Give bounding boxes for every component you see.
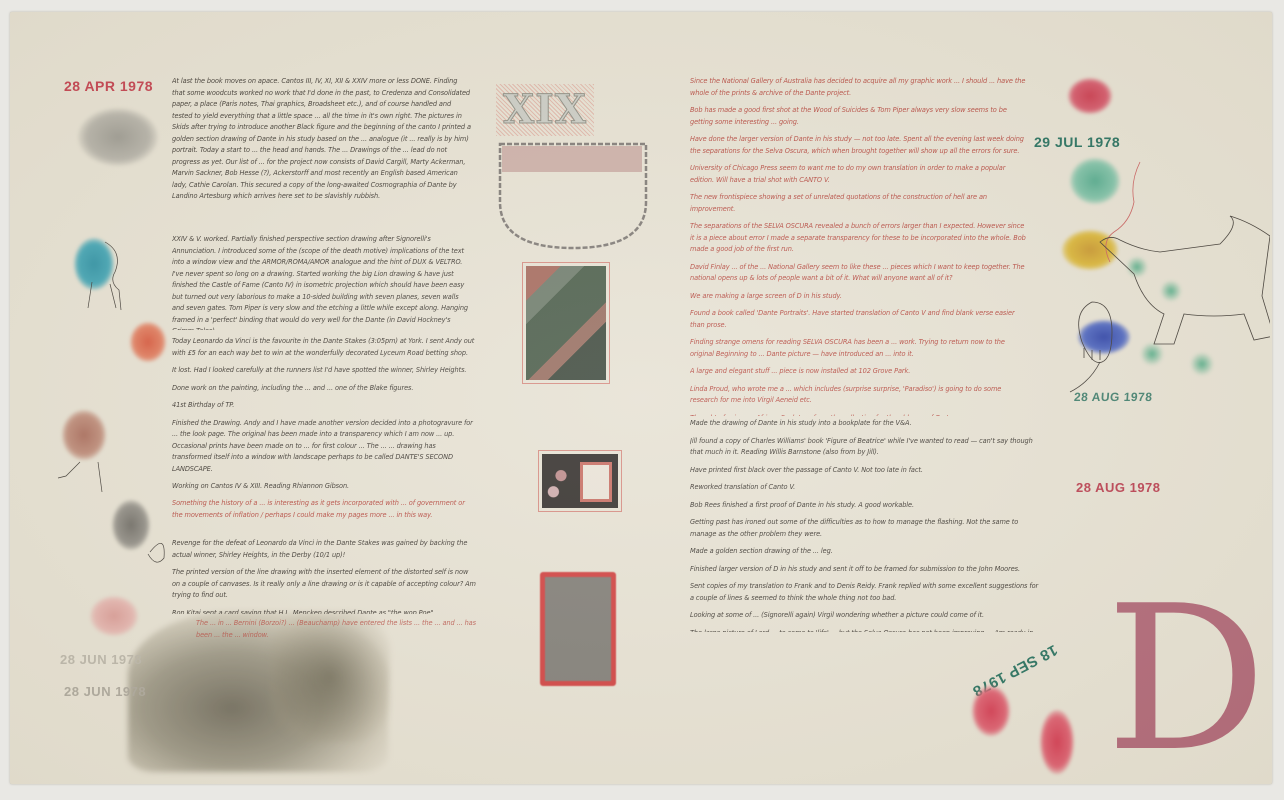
entry-text: Something the history of a ... is intere… (172, 498, 472, 521)
entry-text: Finished the Drawing. Andy and I have ma… (172, 418, 477, 476)
entry-text: Finished larger version of D in his stud… (690, 564, 1040, 576)
journal-entries-right-black: Made the drawing of Dante in his study i… (690, 418, 1040, 632)
drawing-print-2 (538, 450, 622, 512)
date-stamp-jun-2: 28 JUN 1978 (64, 684, 146, 699)
entry-text: XXIV & V. worked. Partially finished per… (172, 234, 472, 330)
arch-shape-print-icon (498, 142, 648, 252)
date-stamp-aug-green: 28 AUG 1978 (1074, 390, 1153, 404)
date-stamp-apr: 28 APR 1978 (64, 78, 153, 94)
entry-text: The large picture of Lord ... to come to… (690, 628, 1040, 633)
entry-text: Finding strange omens for reading SELVA … (690, 337, 1030, 360)
journal-entry-red-footer: The ... in ... Bernini (Borzoi?) ... (Be… (196, 618, 476, 698)
fingerprint-red-top-right (1068, 78, 1112, 114)
roman-numeral-print: XIX (496, 84, 594, 136)
entry-text: The new frontispiece showing a set of un… (690, 192, 1030, 215)
creature-line-drawing-icon (1040, 152, 1270, 402)
entry-text: Sent copies of my translation to Frank a… (690, 581, 1040, 604)
drawing-print-1 (522, 262, 610, 384)
entry-text: 41st Birthday of TP. (172, 400, 477, 412)
entry-text: Bob Rees finished a first proof of Dante… (690, 500, 1040, 512)
entry-text: The printed version of the line drawing … (172, 567, 477, 602)
paper-sheet: 28 APR 1978 28 JUN 1978 28 JUN 1978 At l… (10, 12, 1272, 784)
entry-text: Have printed first black over the passag… (690, 465, 1040, 477)
entry-text: Made the drawing of Dante in his study i… (690, 418, 1040, 430)
date-stamp-jul: 29 JUL 1978 (1034, 134, 1120, 150)
entry-text: The separations of the SELVA OSCURA reve… (690, 221, 1030, 256)
entry-text: Made a golden section drawing of the ...… (690, 546, 1040, 558)
fingerprint-figure-pink (90, 596, 138, 636)
journal-entries-right-red: Since the National Gallery of Australia … (690, 76, 1030, 416)
figure-sketch-lines-icon (50, 222, 190, 582)
journal-entries-left-2: XXIV & V. worked. Partially finished per… (172, 234, 472, 330)
entry-text: Thought of using an African Sculpture fr… (690, 413, 1030, 417)
entry-text: Reworked translation of Canto V. (690, 482, 1040, 494)
entry-text: Jill found a copy of Charles Williams' b… (690, 436, 1040, 459)
entry-text: A large and elegant stuff ... piece is n… (690, 366, 1030, 378)
big-letter-d: D (1106, 580, 1266, 780)
entry-text: Getting past has ironed out some of the … (690, 517, 1040, 540)
entry-text: At last the book moves on apace. Cantos … (172, 76, 472, 203)
entry-text: Have done the larger version of Dante in… (690, 134, 1030, 157)
entry-text: It lost. Had I looked carefully at the r… (172, 365, 477, 377)
entry-text: Bob has made a good first shot at the Wo… (690, 105, 1030, 128)
entry-text: Looking at some of ... (Signorelli again… (690, 610, 1040, 622)
entry-text: Since the National Gallery of Australia … (690, 76, 1030, 99)
entry-text: The ... in ... Bernini (Borzoi?) ... (Be… (196, 618, 476, 641)
entry-text: Revenge for the defeat of Leonardo da Vi… (172, 538, 477, 561)
journal-entries-left-3: Today Leonardo da Vinci is the favourite… (172, 336, 477, 494)
entry-text: Today Leonardo da Vinci is the favourite… (172, 336, 477, 359)
fingerprint-red-bottom-2 (1040, 710, 1074, 774)
entry-text: We are making a large screen of D in his… (690, 291, 1030, 303)
entry-text: Working on Cantos IV & XIII. Reading Rhi… (172, 481, 477, 493)
entry-text: University of Chicago Press seem to want… (690, 163, 1030, 186)
entry-text: Found a book called 'Dante Portraits'. H… (690, 308, 1030, 331)
roman-numeral: XIX (496, 84, 594, 136)
entry-text: Ron Kitaj sent a card saying that H.L. M… (172, 608, 477, 615)
date-stamp-jun-1: 28 JUN 1978 (60, 652, 142, 667)
journal-entries-left-4: Revenge for the defeat of Leonardo da Vi… (172, 538, 477, 614)
entry-text: Done work on the painting, including the… (172, 383, 477, 395)
date-stamp-aug-red: 28 AUG 1978 (1076, 480, 1161, 495)
entry-text: Linda Proud, who wrote me a ... which in… (690, 384, 1030, 407)
journal-entry-red-left: Something the history of a ... is intere… (172, 498, 472, 532)
fingerprint-grey (78, 108, 158, 166)
monoprint-grey-red (540, 572, 616, 686)
fingerprint-red-bottom-1 (972, 686, 1010, 736)
journal-entries-left-1: At last the book moves on apace. Cantos … (172, 76, 472, 226)
entry-text: David Finlay ... of the ... National Gal… (690, 262, 1030, 285)
